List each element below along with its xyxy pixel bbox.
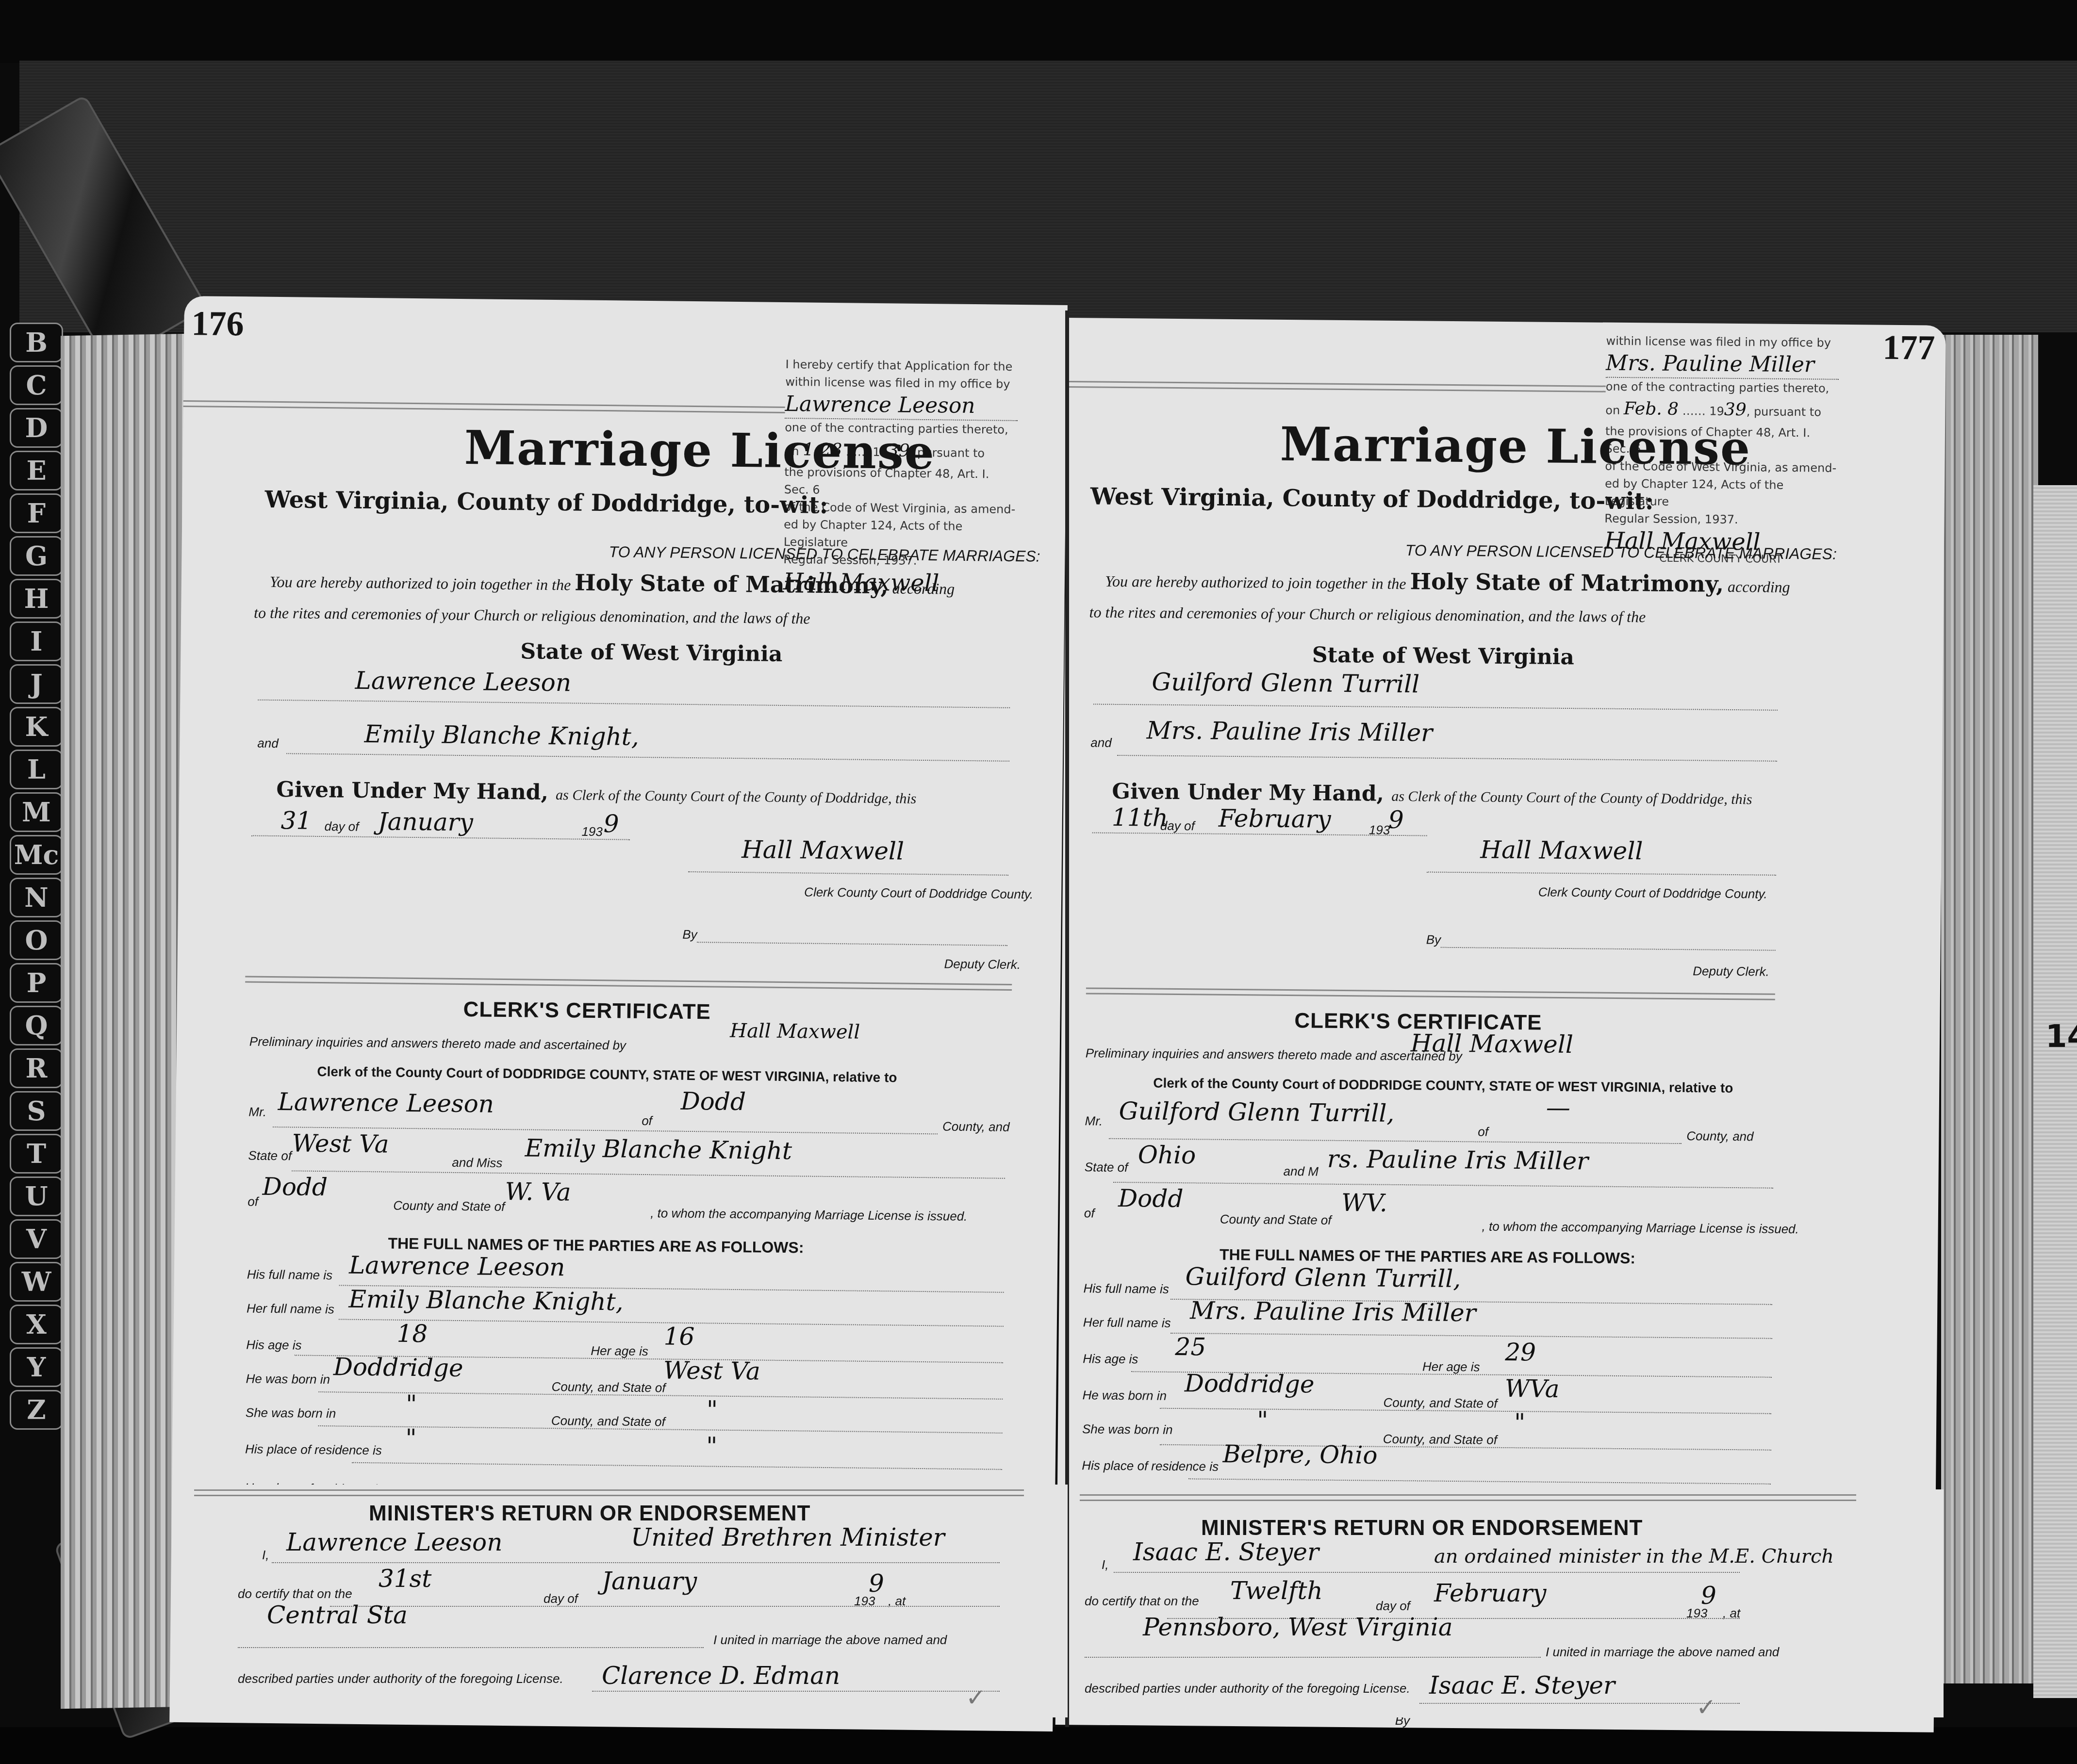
- background-bottom: [0, 1727, 2077, 1764]
- thumb-tab-u[interactable]: U: [10, 1176, 63, 1216]
- clerks-certificate-heading: CLERK'S CERTIFICATE: [463, 997, 711, 1024]
- form-title: Marriage License: [464, 420, 935, 480]
- thumb-tab-k[interactable]: K: [10, 707, 63, 747]
- thumb-tab-g[interactable]: G: [10, 536, 63, 576]
- divider: [183, 400, 785, 413]
- license-month: January: [378, 807, 473, 836]
- thumb-tab-l[interactable]: L: [10, 750, 63, 789]
- thumb-tab-x[interactable]: X: [10, 1305, 63, 1344]
- clerk-signature: Hall Maxwell: [1480, 835, 1643, 865]
- thumb-tab-e[interactable]: E: [10, 451, 63, 490]
- thumb-tab-n[interactable]: N: [10, 878, 63, 917]
- authorization-text: You are hereby authorized to join togeth…: [254, 564, 1031, 637]
- left-ministers-return: MINISTER'S RETURN OR ENDORSEMENT I, Lawr…: [184, 1485, 1068, 1717]
- thumb-tab-f[interactable]: F: [10, 493, 63, 533]
- page-number: 177: [1882, 327, 1935, 368]
- book-page-edges-right: [1941, 335, 2038, 1683]
- thumb-tab-t[interactable]: T: [10, 1134, 63, 1174]
- thumb-index-tabs: BCDEFGHIJKLMMcNOPQRSTUVWXYZ: [10, 323, 63, 1433]
- clerk-signature: Hall Maxwell: [742, 835, 904, 866]
- checkmark-icon: ✓: [1696, 1693, 1716, 1721]
- filed-on: Feb. 8: [1624, 399, 1679, 419]
- thumb-tab-c[interactable]: C: [10, 365, 63, 405]
- thumb-tab-mc[interactable]: Mc: [10, 835, 63, 875]
- background-board: [19, 61, 2077, 332]
- filed-by: Lawrence Leeson: [785, 391, 1018, 421]
- thumb-tab-z[interactable]: Z: [10, 1390, 63, 1430]
- background-top: [0, 0, 2077, 63]
- thumb-tab-h[interactable]: H: [10, 579, 63, 619]
- right-ministers-return: MINISTER'S RETURN OR ENDORSEMENT I, Isaa…: [1070, 1489, 1944, 1717]
- thumb-tab-p[interactable]: P: [10, 963, 63, 1003]
- license-day: 31: [280, 806, 312, 835]
- license-day: 11th: [1112, 803, 1168, 832]
- form-title: Marriage License: [1280, 417, 1751, 475]
- minister-signature: Clarence D. Edman: [602, 1662, 840, 1690]
- thumb-tab-r[interactable]: R: [10, 1048, 63, 1088]
- thumb-tab-v[interactable]: V: [10, 1219, 63, 1259]
- book-edge-label: 14: [2045, 1019, 2077, 1055]
- authorization-text: You are hereby authorized to join togeth…: [1089, 563, 1866, 634]
- bride-name: Emily Blanche Knight,: [364, 720, 639, 751]
- groom-name: Guilford Glenn Turrill: [1152, 668, 1419, 699]
- thumb-tab-j[interactable]: J: [10, 664, 63, 704]
- checkmark-icon: ✓: [966, 1683, 986, 1712]
- bride-name: Mrs. Pauline Iris Miller: [1146, 716, 1433, 747]
- thumb-tab-w[interactable]: W: [10, 1262, 63, 1302]
- thumb-tab-y[interactable]: Y: [10, 1347, 63, 1387]
- thumb-tab-i[interactable]: I: [10, 621, 63, 661]
- page-number: 176: [191, 303, 244, 344]
- filed-by: Mrs. Pauline Miller: [1606, 350, 1839, 380]
- county-line: West Virginia, County of Doddridge, to-w…: [264, 486, 828, 519]
- license-month: February: [1219, 804, 1331, 833]
- thumb-tab-m[interactable]: M: [10, 792, 63, 832]
- thumb-tab-o[interactable]: O: [10, 920, 63, 960]
- thumb-tab-b[interactable]: B: [10, 323, 63, 362]
- thumb-tab-d[interactable]: D: [10, 408, 63, 448]
- county-line: West Virginia, County of Doddridge, to-w…: [1090, 483, 1654, 515]
- minister-signature: Isaac E. Steyer: [1429, 1671, 1615, 1699]
- thumb-tab-q[interactable]: Q: [10, 1006, 63, 1045]
- thumb-tab-s[interactable]: S: [10, 1091, 63, 1131]
- groom-name: Lawrence Leeson: [355, 667, 571, 697]
- book-cover-edge: [2033, 485, 2077, 1698]
